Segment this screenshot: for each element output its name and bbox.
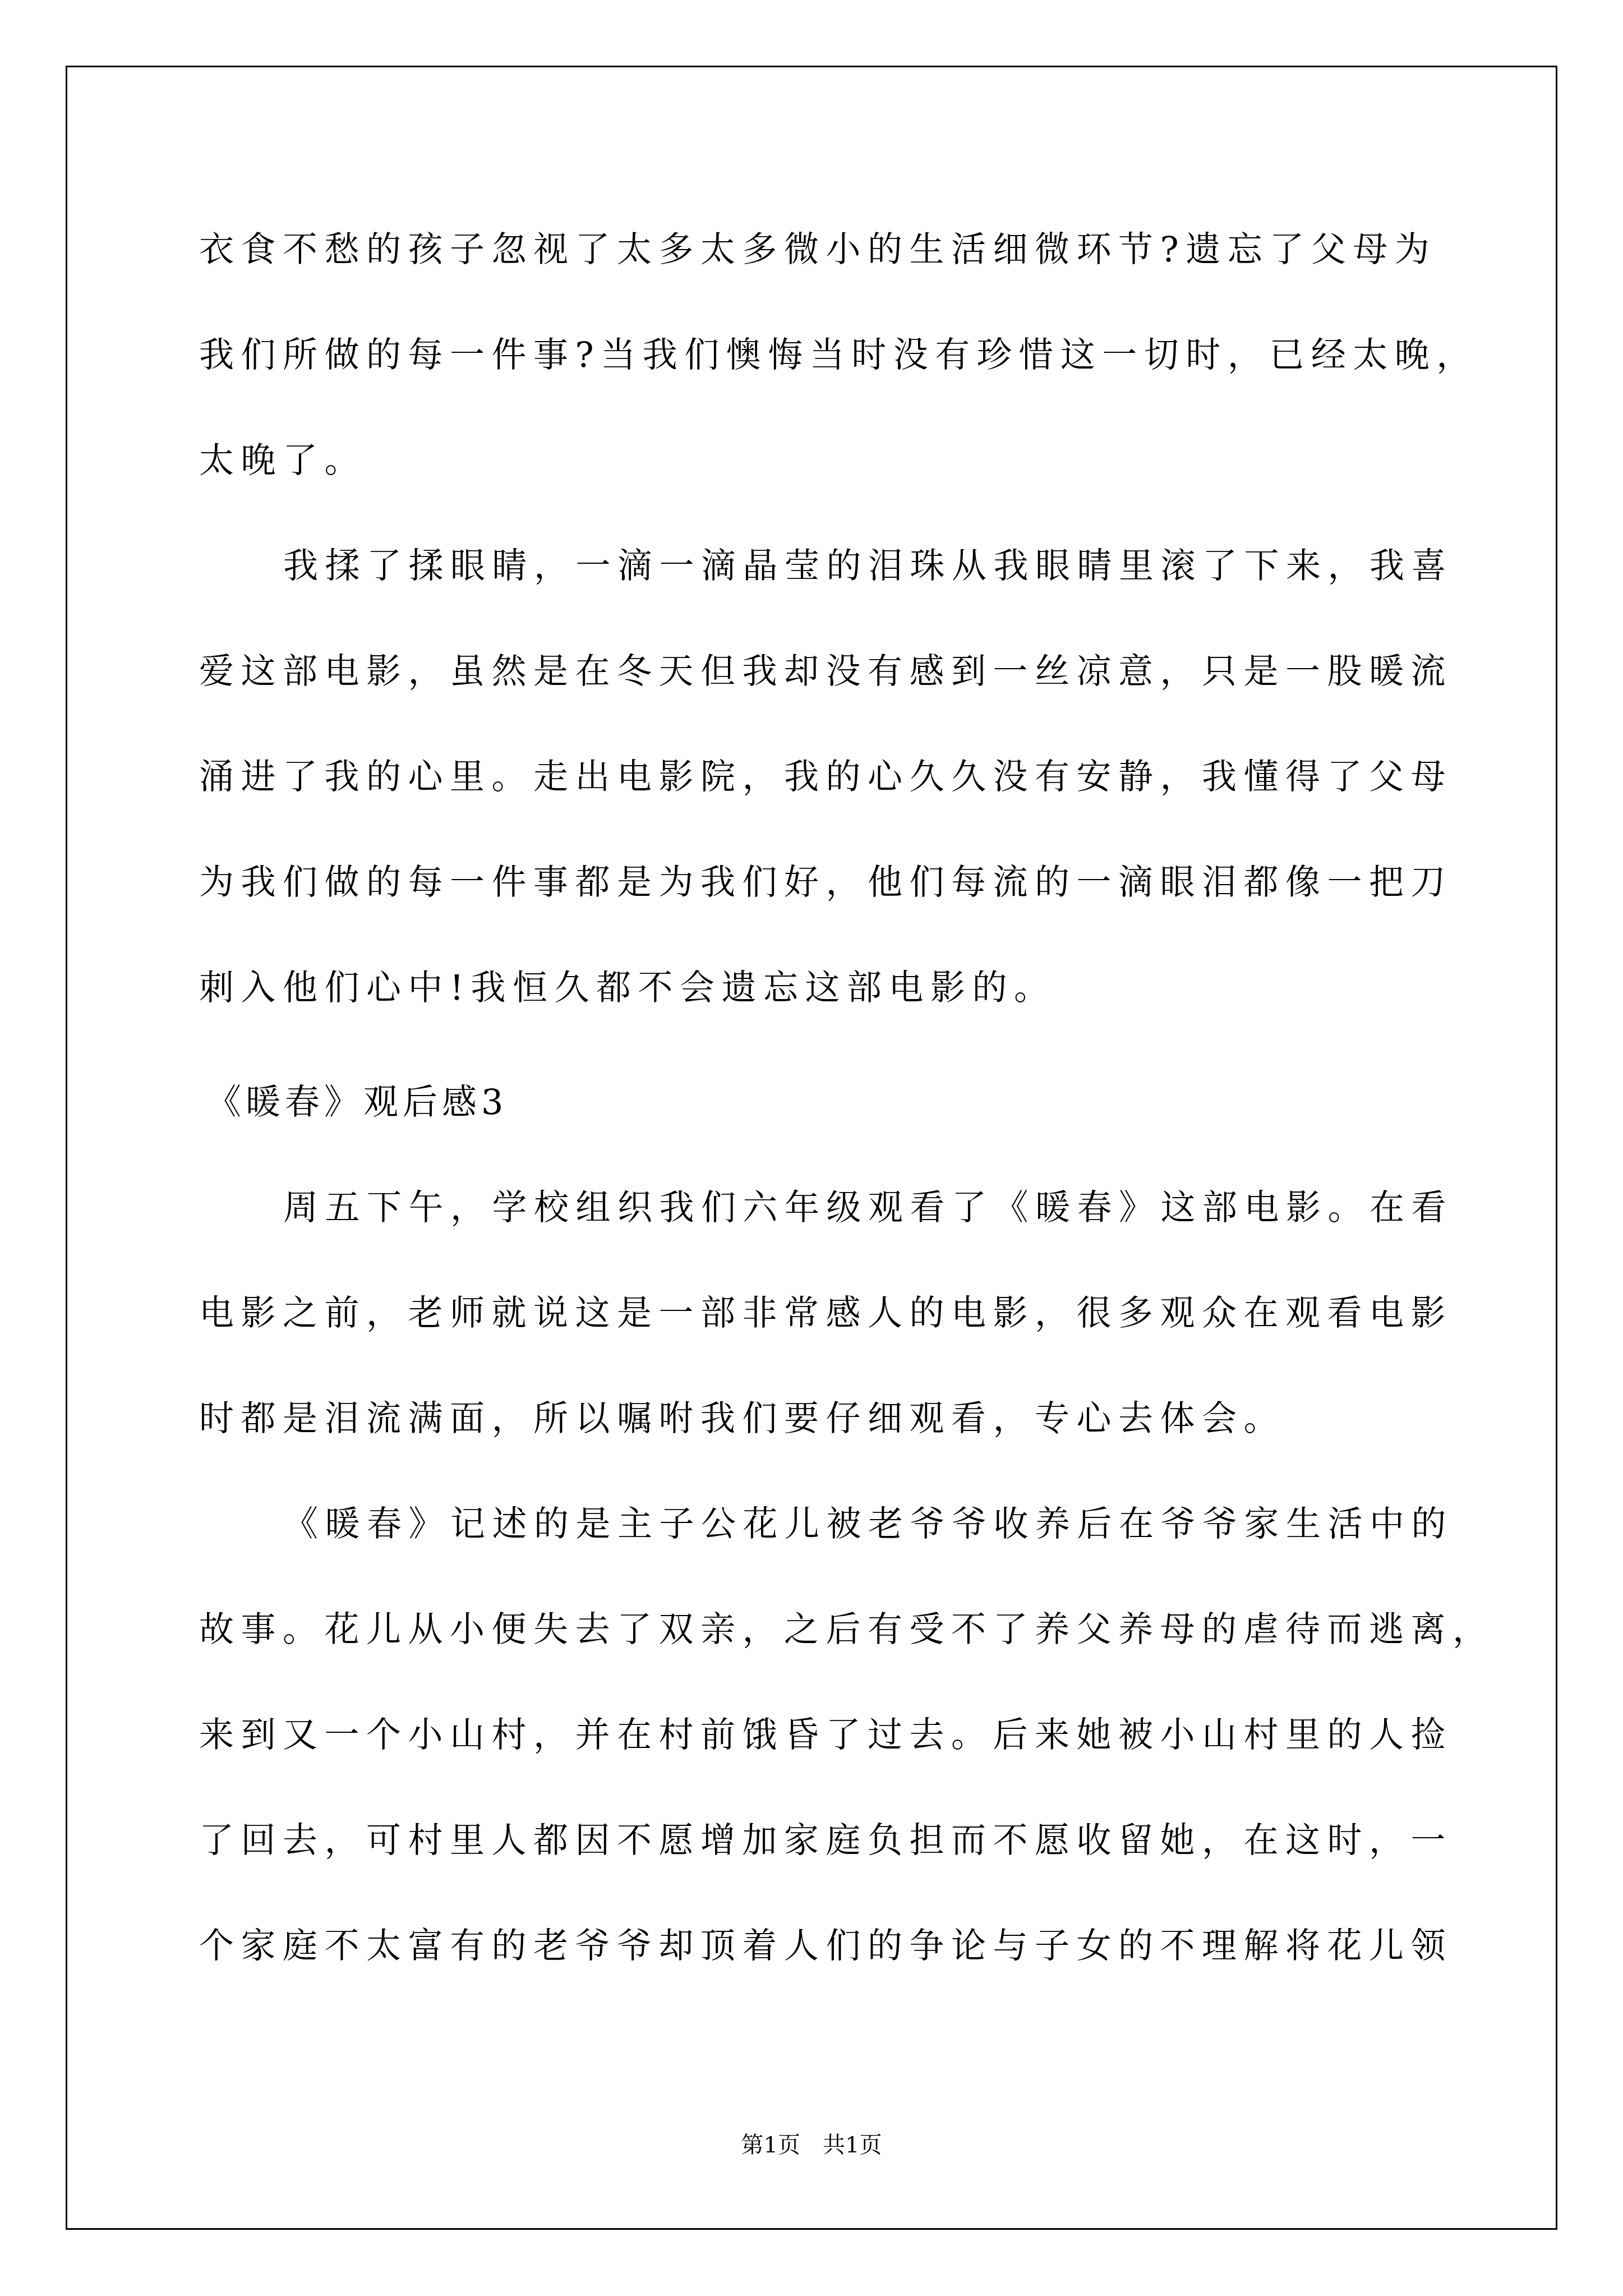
text-line: 时都是泪流满面，所以嘱咐我们要仔细观看，专心去体会。 xyxy=(199,1399,1285,1438)
page-border xyxy=(66,66,1557,2230)
text-line: 了回去，可村里人都因不愿增加家庭负担而不愿收留她，在这时，一 xyxy=(199,1821,1453,1860)
text-line: 故事。花儿从小便失去了双亲，之后有受不了养父养母的虐待而逃离， xyxy=(199,1610,1495,1649)
paragraph-start-line: 《暖春》记述的是主子公花儿被老爷爷收养后在爷爷家生活中的 xyxy=(283,1504,1453,1544)
page-footer: 第1页共1页 xyxy=(0,2132,1623,2159)
text-line: 我们所做的每一件事?当我们懊悔当时没有珍惜这一切时，已经太晚， xyxy=(199,335,1478,375)
text-line: 电影之前，老师就说这是一部非常感人的电影，很多观众在观看电影 xyxy=(199,1294,1453,1333)
current-page-label: 第1页 xyxy=(741,2132,800,2159)
paragraph-start-line: 周五下午，学校组织我们六年级观看了《暖春》这部电影。在看 xyxy=(283,1188,1453,1227)
text-line: 涌进了我的心里。走出电影院，我的心久久没有安静，我懂得了父母 xyxy=(199,757,1453,797)
text-line: 刺入他们心中!我恒久都不会遗忘这部电影的。 xyxy=(199,968,1055,1007)
text-line: 衣食不愁的孩子忽视了太多太多微小的生活细微环节?遗忘了父母为 xyxy=(199,230,1436,269)
paragraph-start-line: 我揉了揉眼睛，一滴一滴晶莹的泪珠从我眼睛里滚了下来，我喜 xyxy=(283,546,1453,586)
text-line: 来到又一个小山村，并在村前饿昏了过去。后来她被小山村里的人捡 xyxy=(199,1715,1453,1755)
total-pages-label: 共1页 xyxy=(823,2132,882,2159)
text-line: 爱这部电影，虽然是在冬天但我却没有感到一丝凉意，只是一股暖流 xyxy=(199,652,1453,691)
text-line: 个家庭不太富有的老爷爷却顶着人们的争论与子女的不理解将花儿领 xyxy=(199,1926,1453,1966)
text-line: 太晚了。 xyxy=(199,441,366,480)
text-line: 为我们做的每一件事都是为我们好，他们每流的一滴眼泪都像一把刀 xyxy=(199,863,1453,902)
section-heading: 《暖春》观后感3 xyxy=(206,1083,508,1122)
